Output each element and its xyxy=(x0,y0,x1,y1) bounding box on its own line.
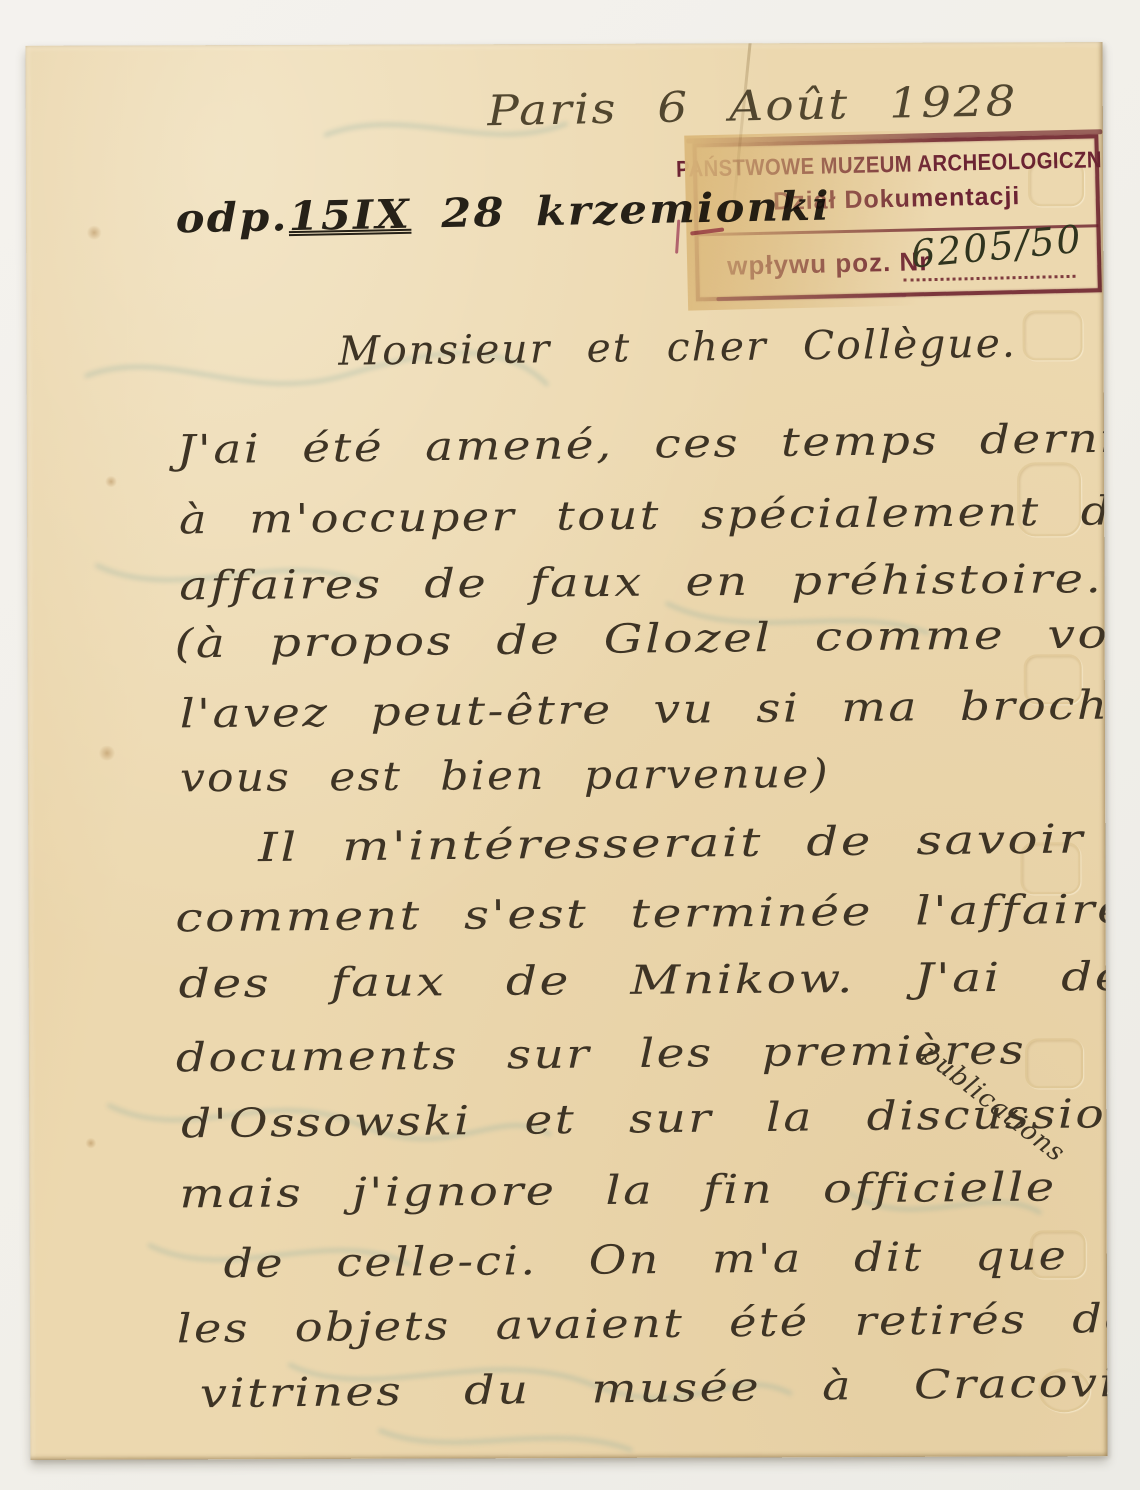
letter-line: (à propos de Glozel comme vous xyxy=(174,611,1107,668)
annotation-reply-date: 15IX xyxy=(288,191,412,240)
letter-line: J'ai été amené, ces temps derniers, xyxy=(176,414,1107,473)
letter-line: documents sur les premières xyxy=(176,1027,1027,1081)
letter-line: vous est bien parvenue) xyxy=(180,751,830,801)
date-line: Paris 6 Août 1928 xyxy=(487,76,1019,135)
letter-line: comment s'est terminée l'affaire xyxy=(175,887,1107,942)
museum-stamp: PAŃSTWOWE MUZEUM ARCHEOLOGICZNE Dział Do… xyxy=(692,134,1101,301)
embossed-watermark xyxy=(1025,1038,1083,1088)
letter-page: Paris 6 Août 1928 odp.15IX 28 krzemionki… xyxy=(26,42,1108,1460)
letter-line: vitrines du musée à Cracovie xyxy=(200,1360,1108,1418)
stamp-registry-label: wpływu poz. Nr xyxy=(727,246,931,282)
foxing-spot xyxy=(85,1138,96,1149)
letter-line: d'Ossowski et sur la discussion xyxy=(181,1091,1108,1147)
embossed-watermark xyxy=(1022,310,1082,360)
letter-line: mais j'ignore la fin officielle xyxy=(179,1164,1057,1217)
letter-line: de celle-ci. On m'a dit que xyxy=(223,1233,1068,1287)
letter-line: à m'occuper tout spécialement des xyxy=(179,488,1108,543)
letter-line: Il m'intéresserait de savoir xyxy=(258,816,1086,871)
letter-line: l'avez peut-être vu si ma brochure xyxy=(179,682,1107,738)
annotation-prefix: odp. xyxy=(175,193,289,242)
stamp-institution: PAŃSTWOWE MUZEUM ARCHEOLOGICZNE xyxy=(676,146,1108,183)
letter-line: des faux de Mnikow. J'ai des xyxy=(178,954,1107,1008)
foxing-spot xyxy=(98,746,116,761)
letter-line: affaires de faux en préhistoire. xyxy=(179,556,1103,609)
salutation: Monsieur et cher Collègue. xyxy=(338,321,1017,375)
stamp-department: Dział Dokumentacji xyxy=(773,182,1021,217)
letter-line: les objets avaient été retirés des xyxy=(176,1296,1107,1353)
foxing-spot xyxy=(105,476,117,488)
foxing-spot xyxy=(86,226,102,240)
